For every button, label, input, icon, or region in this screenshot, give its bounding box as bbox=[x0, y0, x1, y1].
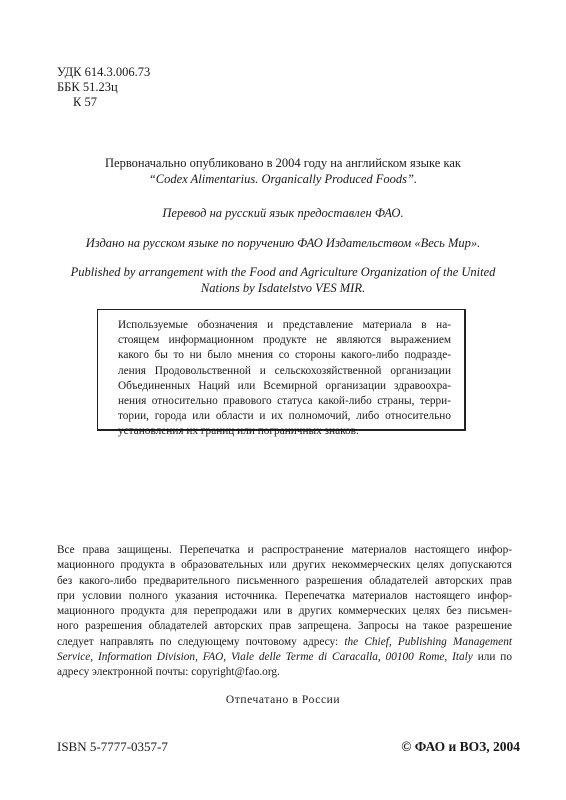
copyright-notice: © ФАО и ВОЗ, 2004 bbox=[401, 739, 520, 755]
english-publication-line-2: Nations by Isdatelstvo VES MIR. bbox=[40, 281, 526, 297]
rights-line: без какого-либо предварительного письмен… bbox=[57, 574, 512, 589]
disclaimer-line: ления Продовольственной и сельскохозяйст… bbox=[118, 364, 451, 379]
udk-code: УДК 614.3.006.73 bbox=[57, 65, 150, 80]
fao-contact-address-cont: Service, Information Division, FAO, Vial… bbox=[57, 651, 473, 663]
rights-line: мационного продукта для перепродажи или … bbox=[57, 604, 512, 619]
russian-publication-note: Издано на русском языке по поручению ФАО… bbox=[40, 236, 526, 252]
rights-line-suffix: или по bbox=[473, 651, 512, 663]
rights-line: ного разрешения обладателей авторских пр… bbox=[57, 619, 512, 634]
original-publication-line: Первоначально опубликовано в 2004 году н… bbox=[40, 156, 526, 172]
original-title: “Codex Alimentarius. Organically Produce… bbox=[40, 172, 526, 188]
rights-line: Service, Information Division, FAO, Vial… bbox=[57, 650, 512, 665]
disclaimer-line: стоящем информационном продукте не являю… bbox=[118, 333, 451, 348]
rights-line-prefix: следует направлять по следующему почтово… bbox=[57, 636, 344, 648]
original-publication-note: Первоначально опубликовано в 2004 году н… bbox=[40, 156, 526, 187]
disclaimer-line: нения относительно правового статуса как… bbox=[118, 394, 451, 409]
rights-line: Все права защищены. Перепечатка и распро… bbox=[57, 543, 512, 558]
translation-note: Перевод на русский язык предоставлен ФАО… bbox=[40, 206, 526, 222]
rights-line: при условии полного указания источника. … bbox=[57, 589, 512, 604]
english-publication-line-1: Published by arrangement with the Food a… bbox=[40, 265, 526, 281]
disclaimer-line: Объединенных Наций или Всемирной организ… bbox=[118, 379, 451, 394]
disclaimer-line: тории, города или области и их полномочи… bbox=[118, 409, 451, 424]
printed-in-note: Отпечатано в России bbox=[0, 694, 566, 706]
classification-codes: УДК 614.3.006.73 ББК 51.23ц К 57 bbox=[57, 65, 150, 110]
isbn: ISBN 5-7777-0357-7 bbox=[57, 739, 168, 755]
disclaimer-line: какого бы то ни было мнения со стороны к… bbox=[118, 348, 451, 363]
author-mark: К 57 bbox=[57, 95, 150, 110]
disclaimer-box: Используемые обозначения и представление… bbox=[97, 309, 466, 431]
english-publication-note: Published by arrangement with the Food a… bbox=[40, 265, 526, 296]
rights-email-line: адресу электронной почты: copyright@fao.… bbox=[57, 665, 512, 680]
disclaimer-line: Используемые обозначения и представление… bbox=[118, 318, 451, 333]
bbk-code: ББК 51.23ц bbox=[57, 80, 150, 95]
rights-notice: Все права защищены. Перепечатка и распро… bbox=[57, 543, 512, 681]
rights-line: следует направлять по следующему почтово… bbox=[57, 635, 512, 650]
disclaimer-line: установления их границ или пограничных з… bbox=[118, 424, 451, 439]
fao-contact-address: the Chief, Publishing Management bbox=[344, 636, 512, 648]
rights-line: мационного продукта в образовательных ил… bbox=[57, 558, 512, 573]
